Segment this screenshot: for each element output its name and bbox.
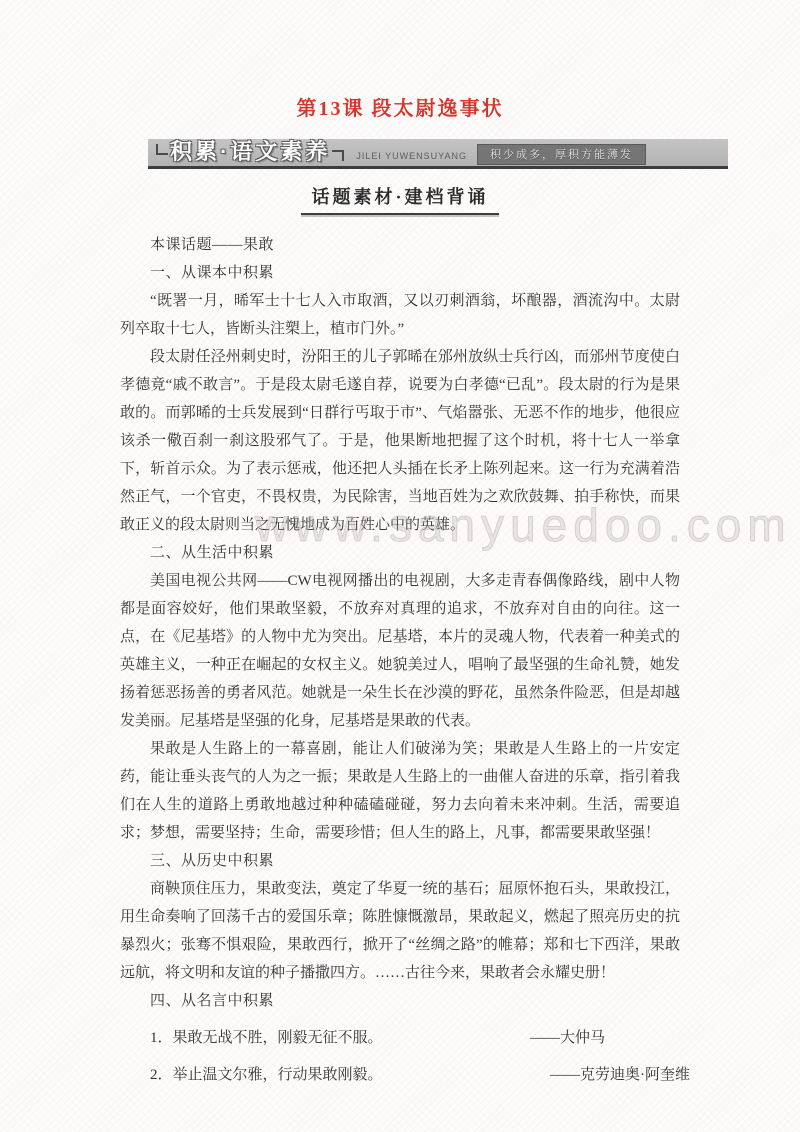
section-heading: 一、从课本中积累 <box>120 259 680 287</box>
quote-text: 2．举止温文尔雅，行动果敢刚毅。 <box>120 1061 383 1089</box>
topic-line: 本课话题——果敢 <box>120 231 680 259</box>
lesson-title: 第13课 段太尉逸事状 <box>0 92 800 121</box>
document-body: 本课话题——果敢一、从课本中积累“既署一月，晞军士十七人入市取酒，又以刃刺酒翁，… <box>120 231 680 1015</box>
section-title: 话题素材·建档背诵 <box>301 183 498 215</box>
banner-slogan: 积少成多，厚积方能薄发 <box>477 144 646 165</box>
quote-author: ——克劳迪奥·阿奎维 <box>550 1061 690 1089</box>
section-heading: 二、从生活中积累 <box>120 539 680 567</box>
banner-corner-left-icon <box>156 144 168 155</box>
section-heading: 四、从名言中积累 <box>120 987 680 1015</box>
quote-row: 2．举止温文尔雅，行动果敢刚毅。——克劳迪奥·阿奎维 <box>120 1061 690 1089</box>
quote-author: ——大仲马 <box>530 1024 605 1052</box>
section-banner: 积累·语文素养 JILEI YUWENSUYANG 积少成多，厚积方能薄发 <box>148 139 728 169</box>
banner-corner-right-icon <box>332 150 344 161</box>
quotes-list: 1．果敢无战不胜，刚毅无征不服。——大仲马2．举止温文尔雅，行动果敢刚毅。——克… <box>120 1024 690 1089</box>
paragraph: 商鞅顶住压力，果敢变法，奠定了华夏一统的基石；屈原怀抱石头，果敢投江，用生命奏响… <box>120 875 680 987</box>
quote-text: 1．果敢无战不胜，刚毅无征不服。 <box>120 1024 383 1052</box>
section-heading: 三、从历史中积累 <box>120 847 680 875</box>
banner-pinyin: JILEI YUWENSUYANG <box>356 151 467 161</box>
paragraph: 段太尉任泾州刺史时，汾阳王的儿子郭晞在邠州放纵士兵行凶，而邠州节度使白孝德竟“戚… <box>120 343 680 539</box>
paragraph: 果敢是人生路上的一幕喜剧，能让人们破涕为笑；果敢是人生路上的一片安定药，能让垂头… <box>120 735 680 847</box>
section-title-wrap: 话题素材·建档背诵 <box>0 183 800 215</box>
document-page: www.sanyuedoo.com 第13课 段太尉逸事状 积累·语文素养 JI… <box>0 0 800 1132</box>
quote-row: 1．果敢无战不胜，刚毅无征不服。——大仲马 <box>120 1024 690 1052</box>
banner-title: 积累·语文素养 <box>170 135 330 166</box>
paragraph: “既署一月，晞军士十七人入市取酒，又以刃刺酒翁，坏酿器，酒流沟中。太尉列卒取十七… <box>120 287 680 343</box>
paragraph: 美国电视公共网——CW电视网播出的电视剧，大多走青春偶像路线，剧中人物都是面容姣… <box>120 567 680 735</box>
